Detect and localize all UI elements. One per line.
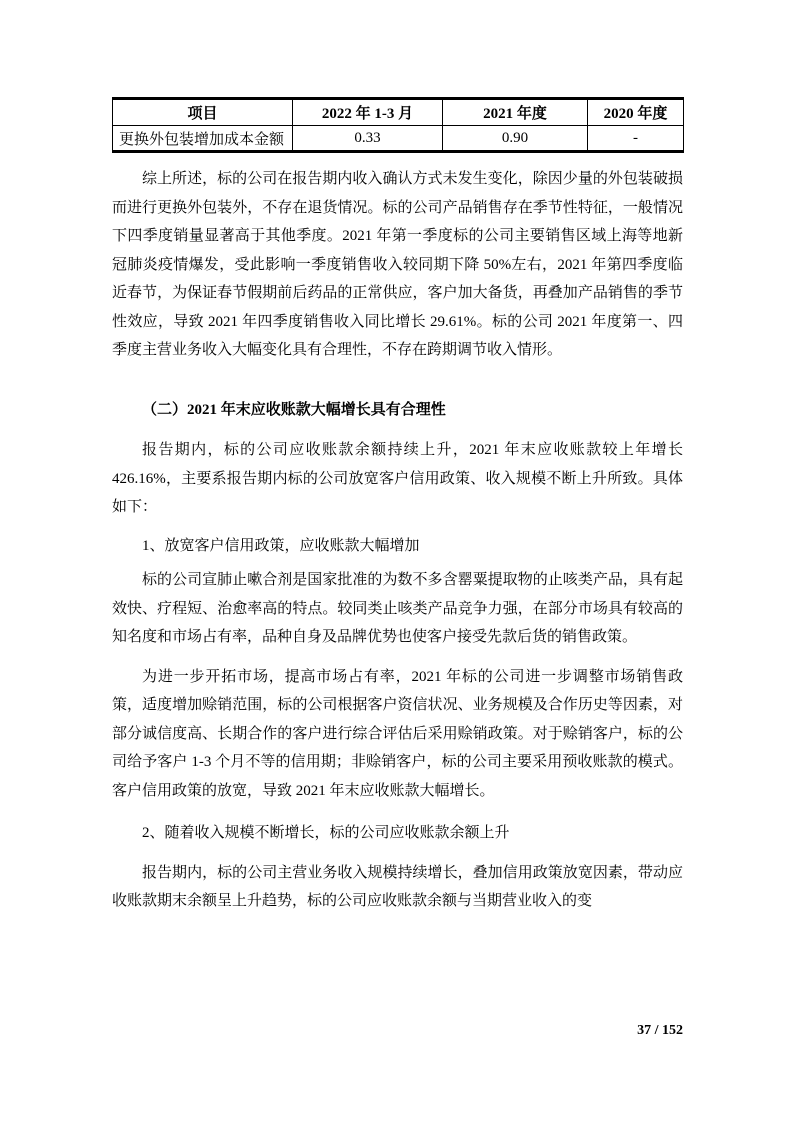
table-row: 更换外包装增加成本金额 0.33 0.90 - [113, 126, 684, 152]
section-heading-2: （二）2021 年末应收账款大幅增长具有合理性 [112, 396, 683, 425]
table-cell-2021: 0.90 [443, 126, 588, 152]
cost-increase-table: 项目 2022 年 1-3 月 2021 年度 2020 年度 更换外包装增加成… [112, 97, 684, 153]
subitem-2-heading: 2、随着收入规模不断增长，标的公司应收账款余额上升 [112, 819, 683, 848]
paragraph-receivables-growth: 报告期内，标的公司应收账款余额持续上升，2021 年末应收账款较上年增长 426… [112, 436, 683, 522]
table-cell-2022: 0.33 [293, 126, 443, 152]
table-cell-2020: - [588, 126, 684, 152]
table-cell-item: 更换外包装增加成本金额 [113, 126, 293, 152]
table-header-2021: 2021 年度 [443, 99, 588, 126]
paragraph-summary: 综上所述，标的公司在报告期内收入确认方式未发生变化，除因少量的外包装破损而进行更… [112, 165, 683, 365]
document-content: 项目 2022 年 1-3 月 2021 年度 2020 年度 更换外包装增加成… [112, 97, 683, 916]
table-header-item: 项目 [113, 99, 293, 126]
document-page: 项目 2022 年 1-3 月 2021 年度 2020 年度 更换外包装增加成… [0, 0, 793, 1122]
paragraph-revenue-scale: 报告期内，标的公司主营业务收入规模持续增长，叠加信用政策放宽因素，带动应收账款期… [112, 859, 683, 916]
table-header-2020: 2020 年度 [588, 99, 684, 126]
table-header-row: 项目 2022 年 1-3 月 2021 年度 2020 年度 [113, 99, 684, 126]
page-number: 37 / 152 [637, 1022, 683, 1039]
paragraph-product-advantage: 标的公司宣肺止嗽合剂是国家批准的为数不多含罂粟提取物的止咳类产品，具有起效快、疗… [112, 566, 683, 652]
table-header-2022: 2022 年 1-3 月 [293, 99, 443, 126]
subitem-1-heading: 1、放宽客户信用政策，应收账款大幅增加 [112, 532, 683, 561]
paragraph-credit-policy: 为进一步开拓市场，提高市场占有率，2021 年标的公司进一步调整市场销售政策，适… [112, 663, 683, 806]
